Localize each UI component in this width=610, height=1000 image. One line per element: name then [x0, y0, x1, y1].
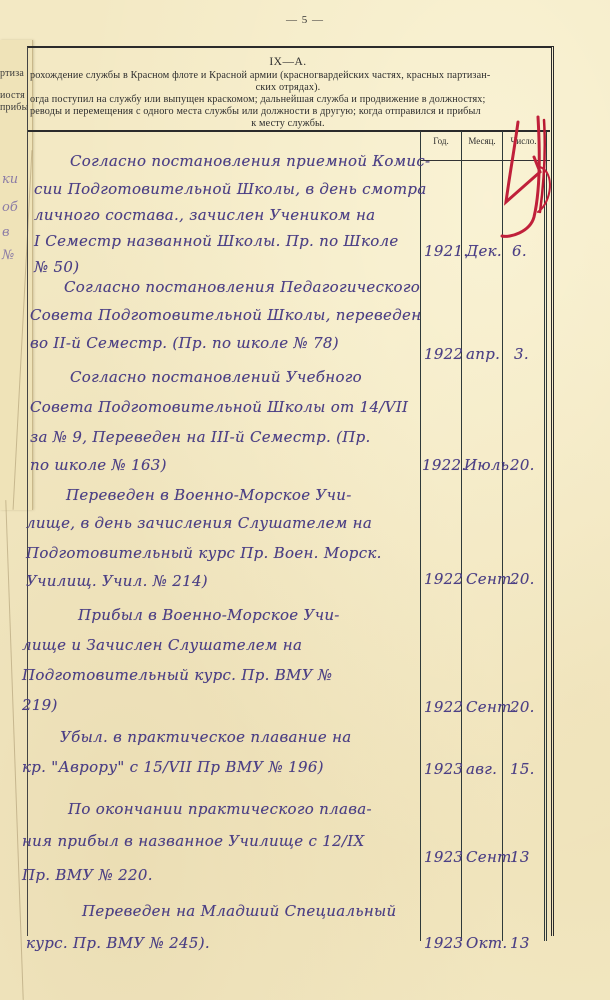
entry-day: 3. — [514, 345, 529, 363]
entry-line: Совета Подготовительной Школы, переведен — [30, 306, 421, 324]
strip-printed-fragment: прибы — [0, 102, 29, 113]
entry-line: по школе № 163) — [30, 456, 167, 474]
entry-line: ния прибыл в названное Училище с 12/IX — [22, 832, 364, 850]
entry-year: 1921. — [424, 242, 468, 260]
entry-line: I Семестр названной Школы. Пр. по Школе — [34, 232, 399, 250]
entry-line: Училищ. Учил. № 214) — [26, 572, 208, 590]
header-divider — [28, 130, 550, 132]
entry-month: Июль. — [464, 456, 514, 474]
entry-line: 219) — [22, 696, 58, 714]
entry-day: 20. — [510, 698, 535, 716]
entry-line: По окончании практического плава- — [68, 800, 372, 818]
header-line: рохождение службы в Красном флоте и Крас… — [28, 70, 548, 82]
entry-year: 1922 — [424, 345, 463, 363]
strip-handwritten-fragment: ки — [2, 172, 18, 187]
strip-handwritten-fragment: № — [2, 248, 14, 263]
entry-day: 20. — [510, 570, 535, 588]
entry-day: 6. — [512, 242, 527, 260]
entry-year: 1923 — [424, 760, 463, 778]
entry-line: Убыл. в практическое плавание на — [60, 728, 352, 746]
entry-line: за № 9, Переведен на III-й Семестр. (Пр. — [30, 428, 371, 446]
entry-day: 20. — [510, 456, 535, 474]
entry-line: кр. "Аврору" с 15/VII Пр ВМУ № 196) — [22, 758, 324, 776]
entry-year: 1923 — [424, 934, 463, 952]
entry-line: Совета Подготовительной Школы от 14/VII — [30, 398, 408, 416]
entry-line: Согласно постановления приемной Комис- — [70, 152, 430, 170]
entry-year: 1922 — [424, 698, 463, 716]
entry-month: Окт. — [466, 934, 507, 952]
entry-line: Согласно постановлений Учебного — [70, 368, 362, 386]
column-header-year: Год. — [421, 136, 461, 146]
form-header: IX—А. рохождение службы в Красном флоте … — [28, 48, 548, 130]
strip-printed-fragment: ртиза — [0, 68, 24, 79]
entry-month: апр. — [466, 345, 500, 363]
strip-handwritten-fragment: в — [2, 225, 10, 240]
entry-line: лище и Зачислен Слушателем на — [22, 636, 302, 654]
entry-year: 1922 — [424, 570, 463, 588]
entry-line: сии Подготовительной Школы, в день смотр… — [34, 180, 427, 198]
entry-line: во II-й Семестр. (Пр. по школе № 78) — [30, 334, 339, 352]
entry-day: 13 — [510, 934, 530, 952]
entry-line: Прибыл в Военно-Морское Учи- — [78, 606, 340, 624]
entry-line: Согласно постановления Педагогического — [64, 278, 420, 296]
entry-line: личного состава., зачислен Учеником на — [34, 206, 375, 224]
entry-month: Дек. — [466, 242, 502, 260]
entry-month: авг. — [466, 760, 497, 778]
entry-day: 15. — [510, 760, 535, 778]
strip-handwritten-fragment: об — [2, 200, 18, 215]
header-line: ских отрядах). — [28, 82, 548, 94]
red-pencil-mark-icon — [500, 112, 560, 242]
column-header-month: Месяц. — [462, 136, 502, 146]
entry-line: курс. Пр. ВМУ № 245). — [26, 934, 210, 952]
entry-line: Переведен в Военно-Морское Учи- — [66, 486, 352, 504]
entry-line: Пр. ВМУ № 220. — [22, 866, 153, 884]
page-number: — 5 — — [0, 14, 610, 26]
entry-line: № 50) — [34, 258, 79, 276]
header-line: огда поступил на службу или выпущен крас… — [28, 94, 548, 106]
entry-line: Подготовительный курс Пр. Воен. Морск. — [26, 544, 382, 562]
entry-line: Переведен на Младший Специальный — [82, 902, 397, 920]
entry-year: 1922. — [422, 456, 466, 474]
header-line: реводы и перемещения с одного места служ… — [28, 106, 548, 118]
header-line: к месту службы. — [28, 118, 548, 130]
entry-line: Подготовительный курс. Пр. ВМУ № — [22, 666, 332, 684]
column-line-day-left — [502, 131, 503, 941]
entry-day: 13 — [510, 848, 530, 866]
section-code: IX—А. — [28, 56, 548, 68]
entry-year: 1923 — [424, 848, 463, 866]
paper-fold-line — [5, 500, 23, 1000]
entry-line: лище, в день зачисления Слушателем на — [26, 514, 372, 532]
column-line-right-border — [544, 131, 547, 941]
column-line-year-left — [420, 131, 421, 941]
strip-printed-fragment: иостя — [0, 90, 25, 101]
